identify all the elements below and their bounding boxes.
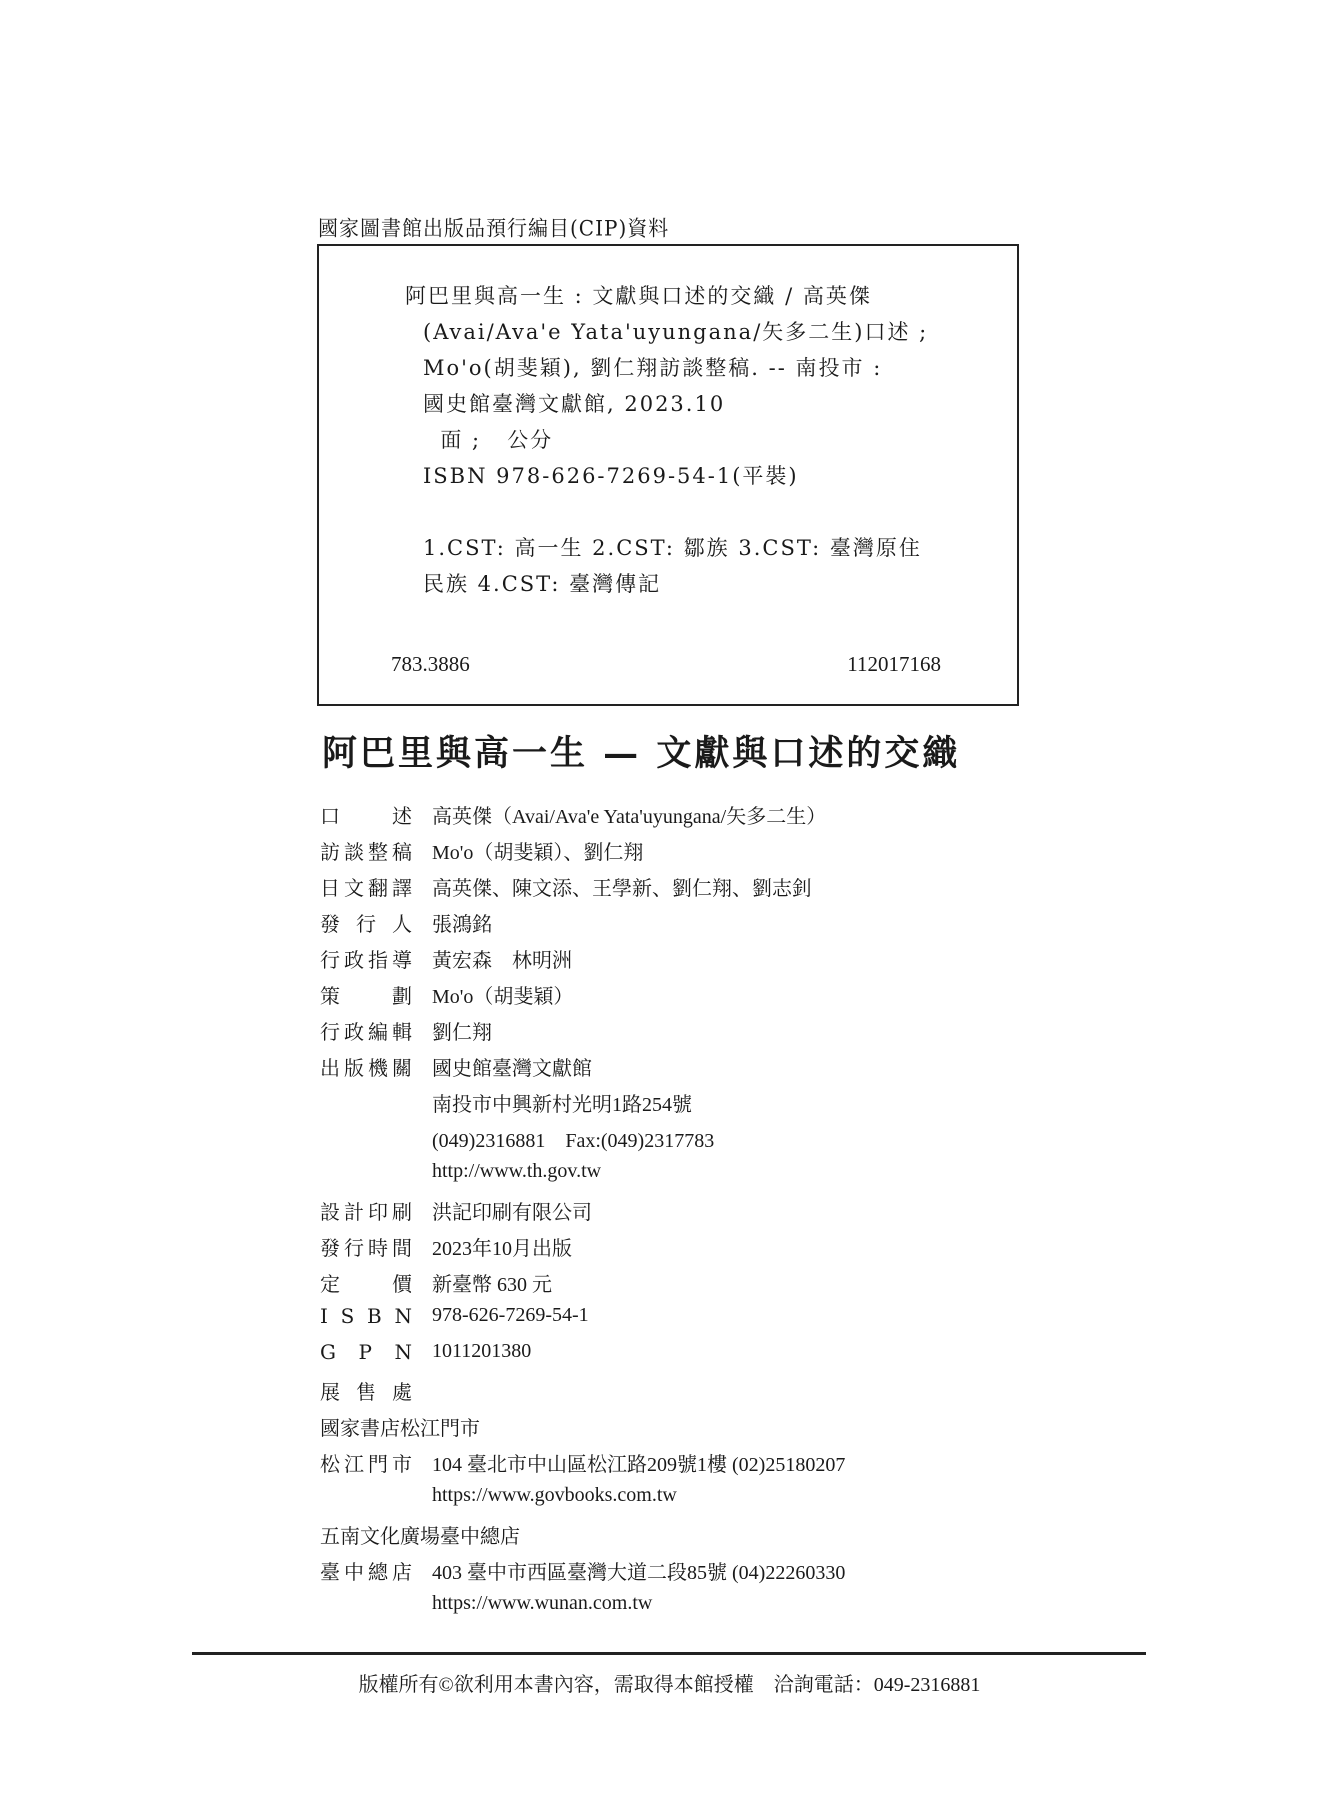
credit-label: 展售處: [320, 1376, 412, 1405]
credit-row: 定價新臺幣 630 元: [320, 1268, 1220, 1304]
credit-label: 定價: [320, 1268, 412, 1297]
credit-label-char: 市: [392, 1448, 412, 1477]
credit-row: 日文翻譯高英傑、陳文添、王學新、劉仁翔、劉志釗: [320, 872, 1220, 908]
credit-label-char: 展: [320, 1376, 340, 1405]
footer-divider: [192, 1652, 1146, 1655]
book-title: 阿巴里與高一生 — 文獻與口述的交織: [322, 726, 960, 776]
cip-line: ISBN 978-626-7269-54-1(平裝): [423, 460, 799, 490]
credit-value: 高英傑（Avai/Ava'e Yata'uyungana/矢多二生）: [432, 800, 826, 829]
credit-row: 訪談整稿Mo'o（胡斐穎）、劉仁翔: [320, 836, 1220, 872]
credit-row: 行政編輯劉仁翔: [320, 1016, 1220, 1052]
credit-label-char: 門: [368, 1448, 388, 1477]
credit-row: 五南文化廣場臺中總店: [320, 1520, 1220, 1556]
credit-label-char: 發: [320, 908, 340, 937]
credit-label: 行政指導: [320, 944, 412, 973]
credit-value: Mo'o（胡斐穎）、劉仁翔: [432, 836, 643, 865]
credit-value: 劉仁翔: [432, 1016, 492, 1045]
credit-label-char: 設: [320, 1196, 340, 1225]
cip-line: 面 ; 公分: [423, 424, 553, 454]
cip-line: Mo'o(胡斐穎), 劉仁翔訪談整稿. -- 南投市 :: [423, 352, 882, 382]
credit-label-char: N: [394, 1340, 412, 1364]
credit-label-char: 口: [320, 800, 340, 829]
cip-line: 阿巴里與高一生 : 文獻與口述的交織 / 高英傑: [405, 280, 872, 310]
credit-label: 國家書店松江門市: [320, 1412, 480, 1441]
credit-label: ISBN: [320, 1304, 412, 1328]
credit-label-char: B: [367, 1304, 382, 1328]
credit-row: https://www.govbooks.com.tw: [320, 1484, 1220, 1520]
credit-value: 2023年10月出版: [432, 1232, 572, 1261]
credit-row: 發行時間2023年10月出版: [320, 1232, 1220, 1268]
credit-label-char: 出: [320, 1052, 340, 1081]
credit-row: GPN1011201380: [320, 1340, 1220, 1376]
credit-value: 高英傑、陳文添、王學新、劉仁翔、劉志釗: [432, 872, 812, 901]
credit-label-char: 售: [356, 1376, 376, 1405]
cip-heading: 國家圖書館出版品預行編目(CIP)資料: [318, 211, 669, 241]
credit-label-char: 日: [320, 872, 340, 901]
credit-row: 行政指導黃宏森 林明洲: [320, 944, 1220, 980]
credit-label-char: 翻: [368, 872, 388, 901]
credit-label: 五南文化廣場臺中總店: [320, 1520, 520, 1549]
credit-label-char: 店: [392, 1556, 412, 1585]
credit-label-char: 策: [320, 980, 340, 1009]
credit-label: 松江門市: [320, 1448, 412, 1477]
credit-label-char: 關: [392, 1052, 412, 1081]
credit-label-char: 定: [320, 1268, 340, 1297]
credit-label: 發行人: [320, 908, 412, 937]
cip-classification: 783.3886: [391, 652, 470, 677]
credit-label-char: 訪: [320, 836, 340, 865]
credit-label-char: 價: [392, 1268, 412, 1297]
credit-value: https://www.wunan.com.tw: [432, 1592, 652, 1615]
cip-line: 民族 4.CST: 臺灣傳記: [423, 568, 661, 598]
credit-value: 南投市中興新村光明1路254號: [432, 1088, 692, 1117]
credit-label-char: 機: [368, 1052, 388, 1081]
credit-row: 松江門市104 臺北市中山區松江路209號1樓 (02)25180207: [320, 1448, 1220, 1484]
credit-label-char: 輯: [392, 1016, 412, 1045]
credit-label-char: 政: [344, 1016, 364, 1045]
credit-label-char: 導: [392, 944, 412, 973]
credit-label-char: 處: [392, 1376, 412, 1405]
credit-row: 口述高英傑（Avai/Ava'e Yata'uyungana/矢多二生）: [320, 800, 1220, 836]
cip-record-box: 阿巴里與高一生 : 文獻與口述的交織 / 高英傑 (Avai/Ava'e Yat…: [317, 244, 1019, 706]
copyright-notice: 版權所有©欲利用本書內容，需取得本館授權 洽詢電話：049-2316881: [0, 1668, 1339, 1697]
credit-row: 臺中總店403 臺中市西區臺灣大道二段85號 (04)22260330: [320, 1556, 1220, 1592]
credit-label: 行政編輯: [320, 1016, 412, 1045]
cip-line: (Avai/Ava'e Yata'uyungana/矢多二生)口述 ;: [423, 316, 928, 346]
credit-label-char: 刷: [392, 1196, 412, 1225]
credit-value: 張鴻銘: [432, 908, 492, 937]
credit-label: 策劃: [320, 980, 412, 1009]
credit-label-char: 江: [344, 1448, 364, 1477]
cip-record-number: 112017168: [847, 652, 941, 677]
credit-value: https://www.govbooks.com.tw: [432, 1484, 677, 1507]
credit-label-char: 發: [320, 1232, 340, 1261]
credit-row: https://www.wunan.com.tw: [320, 1592, 1220, 1628]
credit-row: 南投市中興新村光明1路254號: [320, 1088, 1220, 1124]
credit-label-char: 文: [344, 872, 364, 901]
credits-list: 口述高英傑（Avai/Ava'e Yata'uyungana/矢多二生）訪談整稿…: [320, 800, 1220, 1628]
credit-value: 洪記印刷有限公司: [432, 1196, 592, 1225]
credit-value: 新臺幣 630 元: [432, 1268, 552, 1297]
credit-value: 國史館臺灣文獻館: [432, 1052, 592, 1081]
credit-label-char: 指: [368, 944, 388, 973]
credit-label-char: G: [320, 1340, 336, 1364]
credit-row: 出版機關國史館臺灣文獻館: [320, 1052, 1220, 1088]
credit-label-char: 印: [368, 1196, 388, 1225]
credit-label-char: 中: [344, 1556, 364, 1585]
credit-label-char: 人: [392, 908, 412, 937]
credit-label-char: 間: [392, 1232, 412, 1261]
credit-value: 104 臺北市中山區松江路209號1樓 (02)25180207: [432, 1448, 845, 1477]
credit-label-char: 編: [368, 1016, 388, 1045]
credit-label: GPN: [320, 1340, 412, 1364]
credit-label-char: 譯: [392, 872, 412, 901]
credit-value: http://www.th.gov.tw: [432, 1160, 601, 1183]
credit-value: 1011201380: [432, 1340, 531, 1363]
credit-label-char: 行: [356, 908, 376, 937]
credit-row: 策劃Mo'o（胡斐穎）: [320, 980, 1220, 1016]
credit-value: 978-626-7269-54-1: [432, 1304, 589, 1327]
credit-label-char: S: [341, 1304, 355, 1328]
credit-label-char: 述: [392, 800, 412, 829]
cip-line: 國史館臺灣文獻館, 2023.10: [423, 388, 725, 418]
credit-value: 黃宏森 林明洲: [432, 944, 572, 973]
credit-value: 403 臺中市西區臺灣大道二段85號 (04)22260330: [432, 1556, 845, 1585]
credit-row: 國家書店松江門市: [320, 1412, 1220, 1448]
credit-label-char: P: [359, 1340, 372, 1364]
credit-label-char: 行: [320, 944, 340, 973]
credit-label-char: 稿: [392, 836, 412, 865]
credit-value: (049)2316881 Fax:(049)2317783: [432, 1124, 714, 1153]
credit-label-char: 劃: [392, 980, 412, 1009]
credit-label-char: 整: [368, 836, 388, 865]
credit-label-char: N: [394, 1304, 412, 1328]
credit-label-char: 行: [320, 1016, 340, 1045]
credit-label: 設計印刷: [320, 1196, 412, 1225]
credit-label: 出版機關: [320, 1052, 412, 1081]
credit-label-char: 臺: [320, 1556, 340, 1585]
credit-label-char: 松: [320, 1448, 340, 1477]
cip-line: 1.CST: 高一生 2.CST: 鄒族 3.CST: 臺灣原住: [423, 532, 922, 562]
credit-row: 展售處: [320, 1376, 1220, 1412]
credit-label: 日文翻譯: [320, 872, 412, 901]
credit-label-char: 談: [344, 836, 364, 865]
credit-row: 設計印刷洪記印刷有限公司: [320, 1196, 1220, 1232]
credit-label-char: 總: [368, 1556, 388, 1585]
credit-label-char: 政: [344, 944, 364, 973]
credit-label-char: 行: [344, 1232, 364, 1261]
credit-label-char: 版: [344, 1052, 364, 1081]
credit-label-char: I: [320, 1304, 328, 1328]
credit-row: 發行人張鴻銘: [320, 908, 1220, 944]
credit-row: http://www.th.gov.tw: [320, 1160, 1220, 1196]
credit-label: 訪談整稿: [320, 836, 412, 865]
credit-label: 口述: [320, 800, 412, 829]
credit-label-char: 計: [344, 1196, 364, 1225]
credit-value: Mo'o（胡斐穎）: [432, 980, 573, 1009]
credit-row: (049)2316881 Fax:(049)2317783: [320, 1124, 1220, 1160]
credit-row: ISBN978-626-7269-54-1: [320, 1304, 1220, 1340]
credit-label-char: 時: [368, 1232, 388, 1261]
credit-label: 臺中總店: [320, 1556, 412, 1585]
credit-label: 發行時間: [320, 1232, 412, 1261]
